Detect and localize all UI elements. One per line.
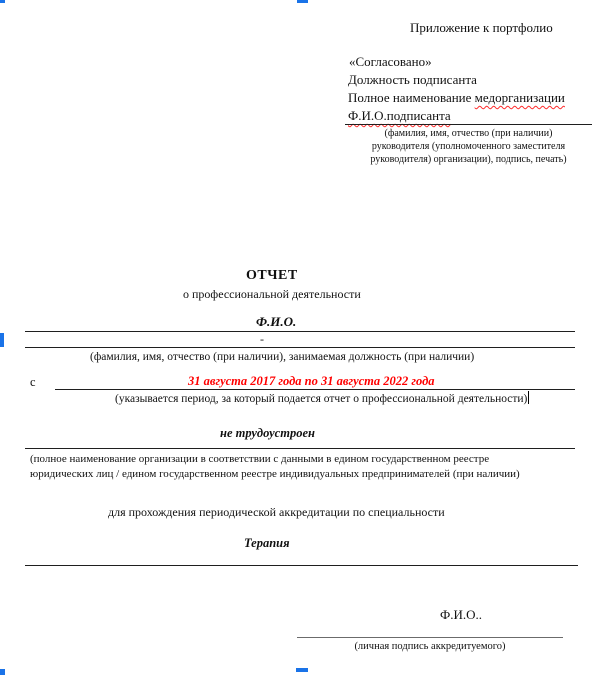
fio-value[interactable]: Ф.И.О. (256, 315, 296, 330)
selection-handle-bottom-left-icon[interactable] (0, 669, 5, 675)
specialty-value[interactable]: Терапия (244, 536, 290, 550)
fio-note: (фамилия, имя, отчество (при наличии), з… (90, 351, 474, 364)
specialty-field-line (25, 565, 578, 566)
agreed-label: «Согласовано» (349, 55, 432, 70)
selection-handle-middle-left-icon[interactable] (0, 333, 4, 347)
approval-note-line1: (фамилия, имя, отчество (при наличии) (345, 127, 592, 140)
org-name-prefix: Полное наименование (348, 90, 475, 105)
approval-notes: (фамилия, имя, отчество (при наличии) ру… (345, 127, 592, 166)
period-note-text: (указывается период, за который подается… (115, 393, 527, 405)
selection-handle-bottom-center-icon[interactable] (296, 668, 308, 672)
personal-signature-line (297, 637, 563, 638)
appendix-label: Приложение к портфолио (410, 21, 553, 36)
fio-field-line-top (25, 331, 575, 332)
approval-signature-line (345, 124, 592, 125)
position-dash-value[interactable]: - (260, 333, 264, 347)
selection-handle-top-center-icon[interactable] (297, 0, 308, 3)
employment-note-line2: юридических лиц / едином государственном… (30, 468, 520, 481)
approval-note-line3: руководителя) организации), подпись, печ… (345, 153, 592, 166)
employment-field-line (25, 448, 575, 449)
report-title: ОТЧЕТ (246, 268, 298, 284)
signer-fio-line: Ф.И.О.подписанта (348, 109, 451, 124)
signature-fio-value[interactable]: Ф.И.О.. (440, 608, 482, 623)
accreditation-purpose-label: для прохождения периодической аккредитац… (108, 506, 445, 520)
org-name-line: Полное наименование медорганизации (348, 91, 565, 106)
period-field-line (55, 389, 575, 390)
personal-signature-note: (личная подпись аккредитуемого) (297, 641, 563, 653)
text-cursor (528, 391, 529, 404)
period-from-label: с (30, 375, 36, 389)
approval-note-line2: руководителя (уполномоченного заместител… (345, 140, 592, 153)
period-note: (указывается период, за который подается… (115, 391, 529, 406)
document-page: Приложение к портфолио «Согласовано» Дол… (0, 0, 599, 675)
employment-status-value[interactable]: не трудоустроен (220, 426, 315, 440)
selection-handle-top-left-icon[interactable] (0, 0, 5, 3)
period-value[interactable]: 31 августа 2017 года по 31 августа 2022 … (188, 374, 435, 388)
report-subtitle: о профессиональной деятельности (183, 288, 361, 302)
employment-note-line1: (полное наименование организации в соотв… (30, 453, 489, 466)
org-name-misspelled: медорганизации (475, 90, 565, 105)
signer-position-label: Должность подписанта (348, 73, 477, 88)
fio-field-line-bottom (25, 347, 575, 348)
